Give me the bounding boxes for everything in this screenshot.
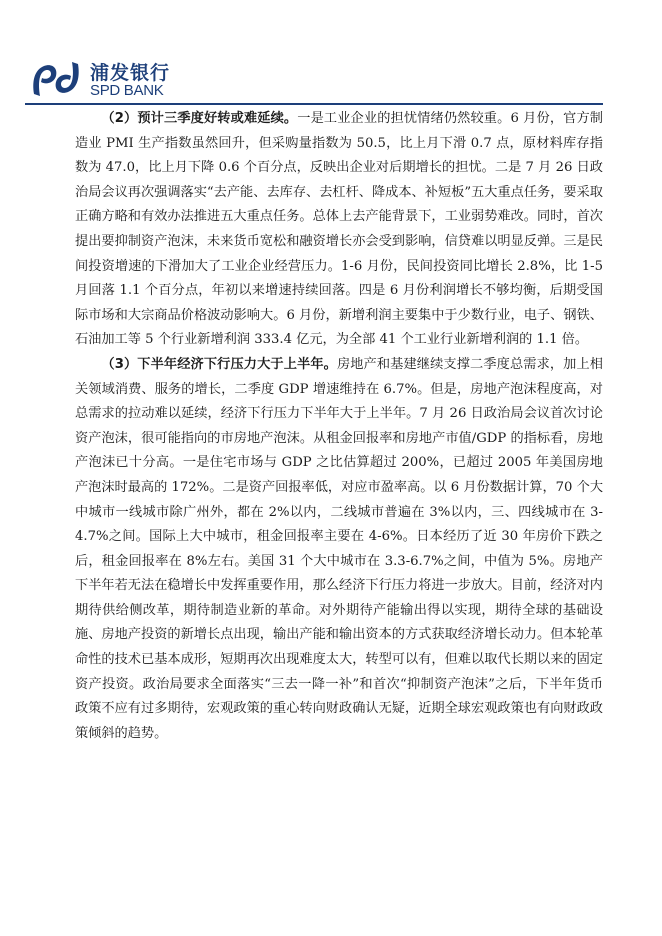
paragraph-heading: （3）下半年经济下行压力大于上半年。 [101,357,337,372]
paragraph-h2-pressure: （3）下半年经济下行压力大于上半年。房地产和基建继续支撑二季度总需求，加上相关领… [75,353,603,747]
paragraph-text: 一是工业企业的担忧情绪仍然较重。6 月份，官方制造业 PMI 生产指数虽然回升，… [75,111,603,347]
paragraph-heading: （2）预计三季度好转或难延续。 [101,111,297,126]
logo-chinese-name: 浦发银行 [90,58,170,85]
document-body: （2）预计三季度好转或难延续。一是工业企业的担忧情绪仍然较重。6 月份，官方制造… [75,107,603,746]
paragraph-text: 房地产和基建继续支撑二季度总需求，加上相关领域消费、服务的增长，二季度 GDP … [75,357,603,741]
logo-english-name: SPD BANK [90,82,163,99]
spd-logo-mark-icon [30,60,82,98]
spd-bank-logo: 浦发银行 SPD BANK [30,58,200,102]
paragraph-q3-outlook: （2）预计三季度好转或难延续。一是工业企业的担忧情绪仍然较重。6 月份，官方制造… [75,107,603,353]
header-divider [25,103,603,105]
page-header: 浦发银行 SPD BANK [0,0,662,106]
